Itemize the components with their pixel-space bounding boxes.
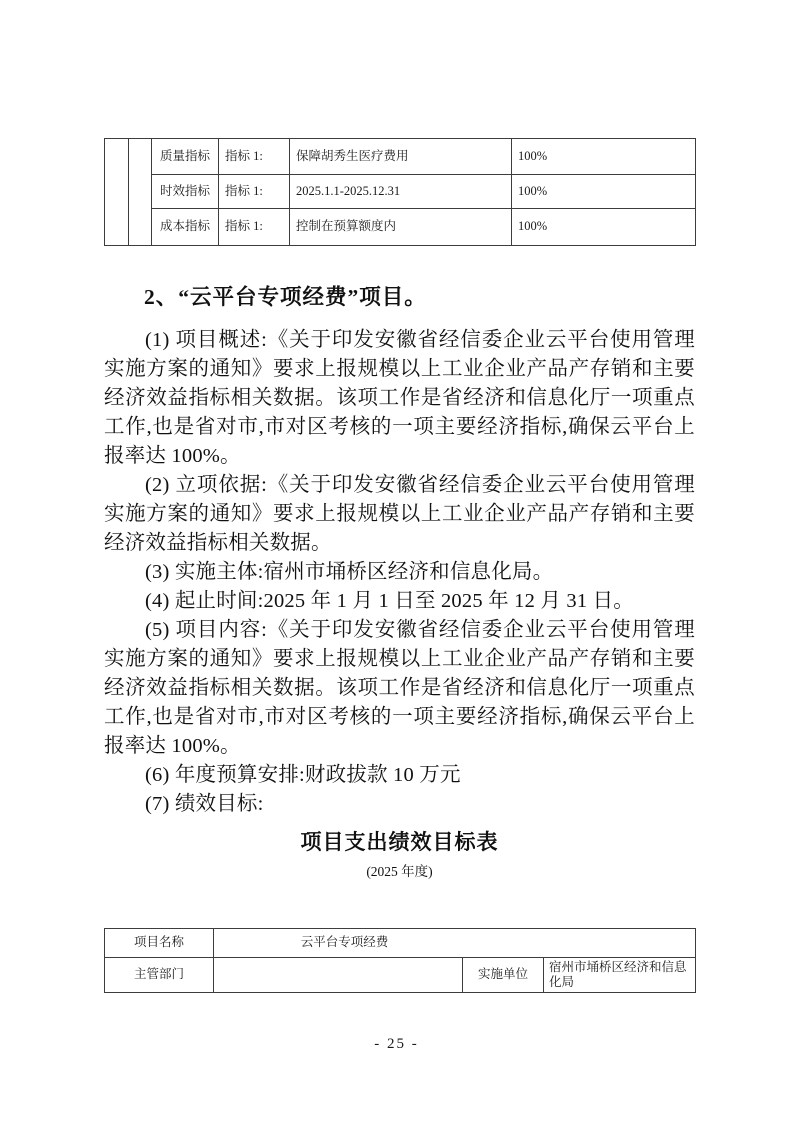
indicator-category: 质量指标 <box>152 139 219 175</box>
paragraph-6: (6) 年度预算安排:财政拔款 10 万元 <box>104 761 695 790</box>
indicator-value: 100% <box>512 209 696 246</box>
table-row: 主管部门 实施单位 宿州市埇桥区经济和信息化局 <box>105 958 696 993</box>
paragraph-1: (1) 项目概述:《关于印发安徽省经信委企业云平台使用管理实施方案的通知》要求上… <box>104 326 695 471</box>
indicator-category: 成本指标 <box>152 209 219 246</box>
paragraph-3: (3) 实施主体:宿州市埇桥区经济和信息化局。 <box>104 558 695 587</box>
merged-empty-cell <box>105 139 129 246</box>
page-number: - 25 - <box>0 1036 793 1053</box>
paragraph-4: (4) 起止时间:2025 年 1 月 1 日至 2025 年 12 月 31 … <box>104 587 695 616</box>
indicator-content: 保障胡秀生医疗费用 <box>290 139 512 175</box>
goal-table: 项目名称 云平台专项经费 主管部门 实施单位 宿州市埇桥区经济和信息化局 <box>104 928 696 993</box>
indicator-value: 100% <box>512 139 696 175</box>
goal-table-subtitle: (2025 年度) <box>104 864 695 880</box>
impl-unit-value: 宿州市埇桥区经济和信息化局 <box>544 958 696 993</box>
project-name-label: 项目名称 <box>105 929 214 958</box>
paragraph-7: (7) 绩效目标: <box>104 790 695 819</box>
section-heading: 2、“云平台专项经费”项目。 <box>104 283 695 311</box>
document-page: 质量指标 指标 1: 保障胡秀生医疗费用 100% 时效指标 指标 1: 202… <box>0 0 793 1122</box>
dept-value <box>214 958 463 993</box>
indicator-content: 2025.1.1-2025.12.31 <box>290 175 512 209</box>
section-body: (1) 项目概述:《关于印发安徽省经信委企业云平台使用管理实施方案的通知》要求上… <box>104 326 695 819</box>
indicator-index: 指标 1: <box>219 139 290 175</box>
indicator-category: 时效指标 <box>152 175 219 209</box>
paragraph-2: (2) 立项依据:《关于印发安徽省经信委企业云平台使用管理实施方案的通知》要求上… <box>104 471 695 558</box>
goal-table-wrap: 项目名称 云平台专项经费 主管部门 实施单位 宿州市埇桥区经济和信息化局 <box>104 928 695 993</box>
paragraph-5: (5) 项目内容:《关于印发安徽省经信委企业云平台使用管理实施方案的通知》要求上… <box>104 616 695 761</box>
table-row: 成本指标 指标 1: 控制在预算额度内 100% <box>105 209 696 246</box>
project-name-value-cell: 云平台专项经费 <box>214 929 696 958</box>
project-name-value: 云平台专项经费 <box>220 935 469 951</box>
indicator-content: 控制在预算额度内 <box>290 209 512 246</box>
page-content: 质量指标 指标 1: 保障胡秀生医疗费用 100% 时效指标 指标 1: 202… <box>104 138 695 993</box>
merged-empty-cell <box>129 139 152 246</box>
impl-unit-label: 实施单位 <box>463 958 544 993</box>
indicator-value: 100% <box>512 175 696 209</box>
table-row: 时效指标 指标 1: 2025.1.1-2025.12.31 100% <box>105 175 696 209</box>
dept-label: 主管部门 <box>105 958 214 993</box>
indicator-table: 质量指标 指标 1: 保障胡秀生医疗费用 100% 时效指标 指标 1: 202… <box>104 138 696 246</box>
indicator-index: 指标 1: <box>219 209 290 246</box>
table-row: 项目名称 云平台专项经费 <box>105 929 696 958</box>
indicator-index: 指标 1: <box>219 175 290 209</box>
table-row: 质量指标 指标 1: 保障胡秀生医疗费用 100% <box>105 139 696 175</box>
goal-table-title: 项目支出绩效目标表 <box>104 829 695 855</box>
